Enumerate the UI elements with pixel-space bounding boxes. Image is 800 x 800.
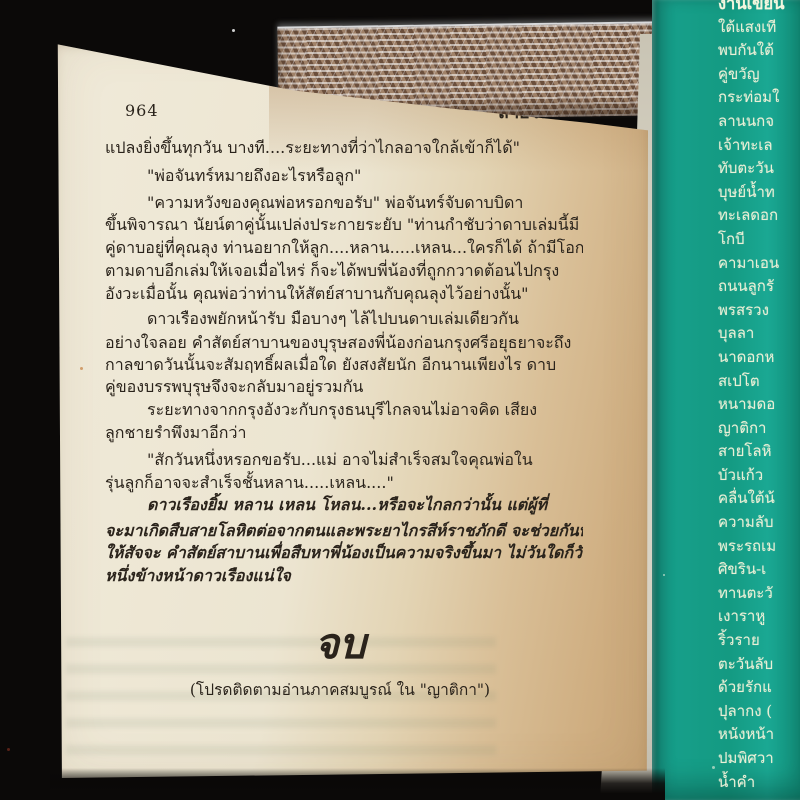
body-line: ดาวเรืองยิ้ม หลาน เหลน โหลน...หรือจะไกลก… [105,493,625,517]
dust-speck [712,766,715,769]
cover-title-item: ญาติกา [718,417,800,441]
cover-title-item: ความลับ [718,511,800,535]
cover-title-item: หนังหน้า [718,723,800,747]
cover-title-item: ปมพิศวา [718,747,800,771]
the-end-word: จบ [105,620,575,668]
cover-title-item: สายโลหิ [718,440,800,464]
body-line: ระยะทางจากกรุงอังวะกับกรุงธนบุรีไกลจนไม่… [105,398,625,422]
open-page: 964 สายโลหิต แปลงยิ่งขึ้นทุกวัน บางที...… [56,37,648,778]
cover-title-item: บัวแก้ว [718,464,800,488]
body-line: กาลขาดวันนั้นจะสัมฤทธิ์ผลเมื่อใด ยังสงสั… [105,353,583,377]
body-line: แปลงยิ่งขึ้นทุกวัน บางที....ระยะทางที่ว่… [105,136,583,160]
photo-background: งานเขียน ใต้แสงเทีพบกันใต้คู่ขวัญกระท่อม… [0,0,800,800]
cover-title-item: โกบี [718,228,800,252]
cover-title-item: คามาเอน [718,252,800,276]
cover-title-item: ถนนลูกรั [718,275,800,299]
cover-title-item: ลานนกจ [718,110,800,134]
cover-title-item: ศิขริน-เ [718,558,800,582]
cover-title-item: เงาราหู [718,605,800,629]
cover-title-item: พระรถเม [718,535,800,559]
dust-speck [232,29,235,32]
cover-list-header: งานเขียน [718,0,800,16]
cover-title-item: นาดอกห [718,346,800,370]
page-bottom-shadow [50,768,665,800]
body-line: หนึ่งข้างหน้าดาวเรืองแน่ใจ [105,564,583,588]
body-line: "ความหวังของคุณพ่อหรอกขอรับ" พ่อจันทร์จั… [105,191,625,215]
body-line: ดาวเรืองพยักหน้ารับ มือบางๆ ไล้ไปบนดาบเล… [105,307,625,331]
book-front-cover: งานเขียน ใต้แสงเทีพบกันใต้คู่ขวัญกระท่อม… [652,0,800,800]
body-line: จะมาเกิดสืบสายโลหิตต่อจากตนและพระยาไกรสี… [105,519,583,543]
cover-title-item: บุลลา [718,322,800,346]
cover-title-item: หนามดอ [718,393,800,417]
body-line: "สักวันหนึ่งหรอกขอรับ...แม่ อาจไม่สำเร็จ… [105,448,625,472]
body-line: "พ่อจันทร์หมายถึงอะไรหรือลูก" [105,164,625,188]
continuation-note: (โปรดติดตามอ่านภาคสมบูรณ์ ใน "ญาติกา") [105,677,575,702]
cover-title-item: บุษย์น้ำท [718,181,800,205]
cover-title-item: คู่ขวัญ [718,63,800,87]
body-line: อังวะเมื่อนั้น คุณพ่อว่าท่านให้สัตย์สาบา… [105,282,583,306]
page-number: 964 [125,101,159,120]
body-line: ขึ้นพิจารณา นัยน์ตาคู่นั้นเปล่งประกายระย… [105,213,583,237]
cover-title-item: ริ้วราย [718,629,800,653]
foxing-spot [424,94,427,97]
dust-speck [663,574,665,576]
cover-works-list: งานเขียน ใต้แสงเทีพบกันใต้คู่ขวัญกระท่อม… [718,0,800,794]
body-line: ลูกชายรำพึงมาอีกว่า [105,421,583,445]
dust-speck [7,748,10,751]
cover-title-item: ทานตะวั [718,582,800,606]
body-line: คู่ดาบอยู่ที่คุณลุง ท่านอยากให้ลูก....หล… [105,236,583,260]
cover-title-item: ทะเลดอก [718,204,800,228]
cover-title-item: พรสรวง [718,299,800,323]
cover-title-item: เจ้าทะเล [718,134,800,158]
cover-title-item: น้ำคำ [718,771,800,795]
body-line: อย่างใจลอย คำสัตย์สาบานของบุรุษสองพี่น้อ… [105,331,583,355]
cover-title-item: สเปโต [718,370,800,394]
cover-title-item: พบกันใต้ [718,39,800,63]
body-line: คู่ของบรรพบุรุษจึงจะกลับมาอยู่รวมกัน [105,375,583,399]
cover-title-item: ด้วยรักแ [718,676,800,700]
body-line: รุ่นลูกก็อาจจะสำเร็จชั้นหลาน.....เหลน...… [105,471,583,495]
cover-title-item: คลื่นใต้น้ [718,487,800,511]
cover-title-item: ทับตะวัน [718,157,800,181]
cover-title-item: ตะวันลับ [718,653,800,677]
foxing-spot [80,367,83,370]
body-line: ให้สัจจะ คำสัตย์สาบานเพื่อสืบหาพี่น้องเป… [105,541,583,565]
dust-speck [287,34,289,36]
cover-title-item: ปุลากง ( [718,700,800,724]
body-line: ตามดาบอีกเล่มให้เจอเมื่อไหร่ ก็จะได้พบพี… [105,259,583,283]
cover-title-item: กระท่อมใ [718,86,800,110]
cover-title-item: ใต้แสงเที [718,16,800,40]
